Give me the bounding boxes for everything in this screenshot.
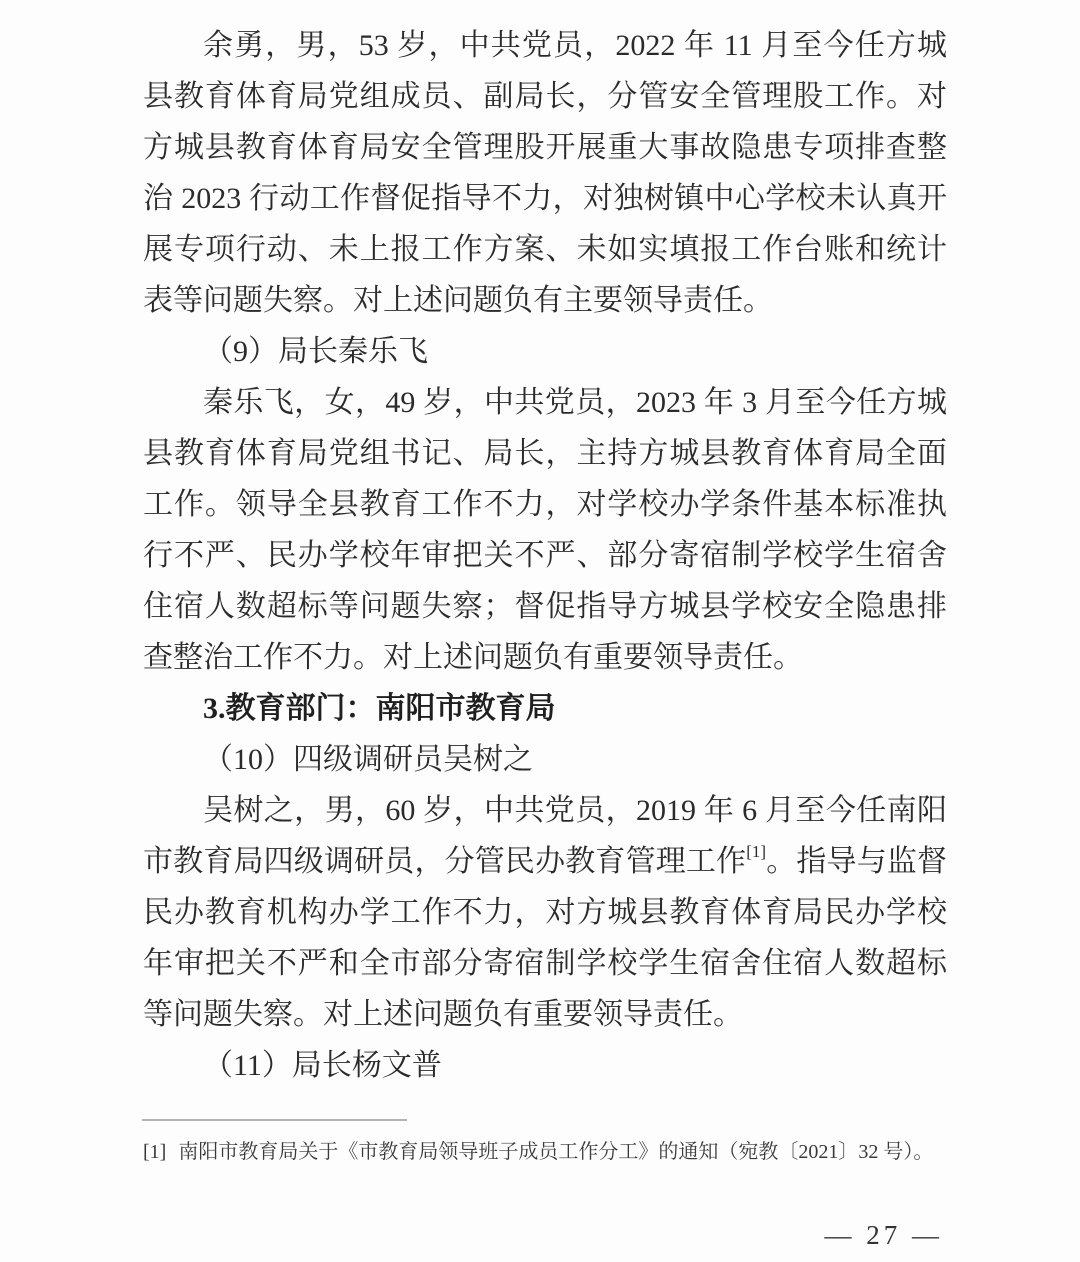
section-heading-education-department: 3.教育部门：南阳市教育局	[143, 683, 947, 734]
list-item-11-director-yangwenpu: （11）局长杨文普	[143, 1040, 947, 1091]
footnote-separator-line	[142, 1119, 407, 1121]
footnote-reference-1: [1]	[746, 842, 766, 861]
paragraph-bio-wushuzhi: 吴树之，男，60 岁，中共党员，2019 年 6 月至今任南阳市教育局四级调研员…	[143, 785, 947, 1040]
document-page: 余勇，男，53 岁，中共党员，2022 年 11 月至今任方城县教育体育局党组成…	[0, 0, 1080, 1262]
document-body: 余勇，男，53 岁，中共党员，2022 年 11 月至今任方城县教育体育局党组成…	[143, 20, 947, 1091]
footnote-text: 南阳市教育局关于《市教育局领导班子成员工作分工》的通知（宛教〔2021〕32 号…	[178, 1141, 933, 1163]
footnote: [1]南阳市教育局关于《市教育局领导班子成员工作分工》的通知（宛教〔2021〕3…	[143, 1136, 963, 1168]
footnote-marker: [1]	[143, 1141, 166, 1163]
paragraph-bio-yuyong: 余勇，男，53 岁，中共党员，2022 年 11 月至今任方城县教育体育局党组成…	[143, 20, 947, 326]
paragraph-bio-qinlefei: 秦乐飞，女，49 岁，中共党员，2023 年 3 月至今任方城县教育体育局党组书…	[143, 377, 947, 683]
list-item-10-researcher-wushuzhi: （10）四级调研员吴树之	[143, 734, 947, 785]
page-number: — 27 —	[825, 1220, 944, 1251]
list-item-9-director-qinlefei: （9）局长秦乐飞	[143, 326, 947, 377]
